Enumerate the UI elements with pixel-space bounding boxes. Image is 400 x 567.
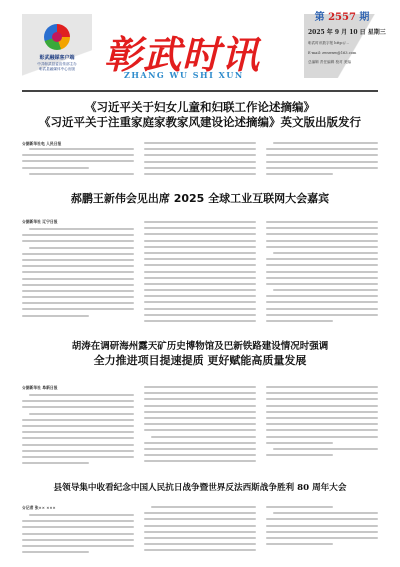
article-4-headline[interactable]: 县领导集中收看纪念中国人民抗日战争暨世界反法西斯战争胜利 80 周年大会 [0,482,400,494]
article-3-body-col-2 [144,386,256,466]
article-2-byline: ☆据新华社 辽宁日报 [22,219,58,225]
article-3-byline: ☆据新华社 阜新日报 [22,385,58,391]
article-3-body-col-1 [22,394,134,468]
article-4-body-col-3 [266,506,378,549]
article-3-body-col-3 [266,386,378,460]
article-4-body-col-2 [144,506,256,556]
article-1-headline[interactable]: 《习近平关于妇女儿童和妇联工作论述摘编》 《习近平关于注重家庭家教家风建设论述摘… [0,100,400,130]
article-1-byline: ☆据新华社电 人民日报 [22,141,61,147]
logo-subtitle: 中共彰武县委宣传部主办 彰武县融媒体中心出版 [26,62,88,71]
article-2-body-col-2 [144,221,256,326]
issue-info: 第 2557 期 2025 年 9 月 10 日 星期三 彰武时讯数字报 htt… [294,8,386,82]
issue-number: 第 2557 期 [298,8,386,23]
article-2-body-col-1 [22,228,134,321]
masthead: 彰武融媒客户端 中共彰武县委宣传部主办 彰武县融媒体中心出版 彰武时讯 ZHAN… [0,0,400,82]
digital-edition-link[interactable]: 彰武时讯数字报 http://... [308,41,386,46]
article-1-body-col-2 [144,142,256,179]
article-4-body-col-1 [22,514,134,557]
logo-icon [44,24,70,50]
masthead-divider [22,90,378,92]
app-logo: 彰武融媒客户端 中共彰武县委宣传部主办 彰武县融媒体中心出版 [22,14,92,76]
article-4-byline: ☆记者 张×× ××× [22,505,56,511]
article-1-body-col-1 [22,148,134,179]
newspaper-title-pinyin: ZHANG WU SHI XUN [124,70,244,80]
issue-date: 2025 年 9 月 10 日 星期三 [308,27,386,36]
article-2-headline[interactable]: 郝鹏王新伟会见出席 2025 全球工业互联网大会嘉宾 [0,192,400,206]
article-3-headline[interactable]: 胡涛在调研海州露天矿历史博物馆及巴新铁路建设情况时强调 全力推进项目提速提质 更… [0,340,400,368]
email-contact: E-mail: zwswxw@163.com [308,51,386,55]
article-2-body-col-3 [266,221,378,326]
logo-name: 彰武融媒客户端 [26,54,88,61]
article-1-body-col-3 [266,142,378,179]
staff-credits: 总编辑 责任编辑 校对 美编 [308,60,386,65]
